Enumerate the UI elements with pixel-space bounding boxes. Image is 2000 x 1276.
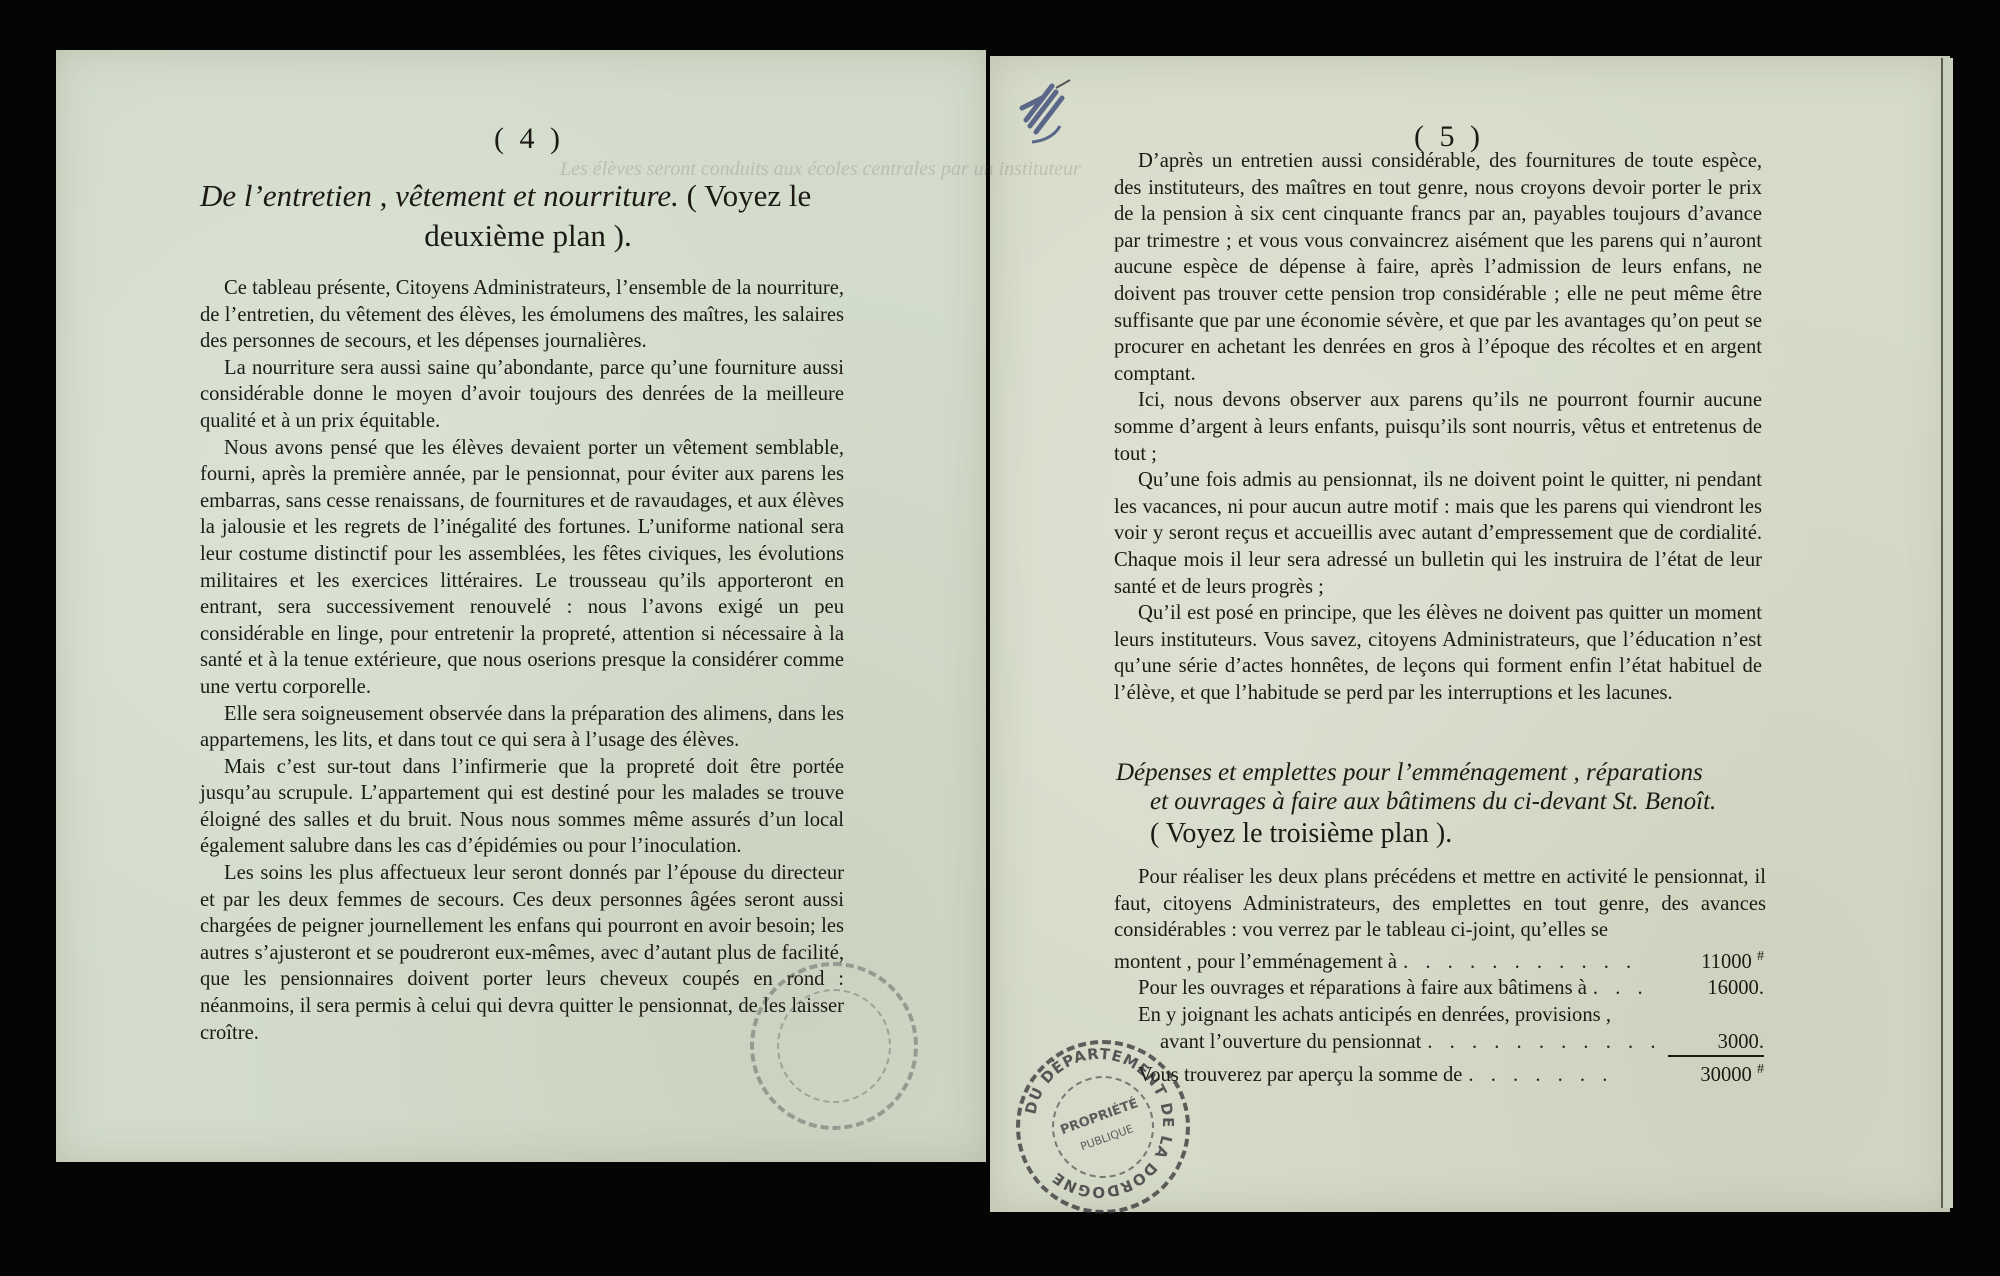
ledger-amount: 3000. (1668, 1029, 1764, 1058)
paragraph: Pour réaliser les deux plans précédens e… (1114, 864, 1766, 944)
paragraph: Les soins les plus affectueux leur seron… (200, 860, 844, 1046)
paragraph: Elle sera soigneusement observée dans la… (200, 701, 844, 754)
ledger-label: montent , pour l’emménagement à (1114, 949, 1397, 976)
livre-symbol: # (1757, 1062, 1764, 1077)
left-body: Ce tableau présente, Citoyens Administra… (200, 275, 844, 1046)
faint-stamp-left (750, 962, 918, 1130)
ledger-row-emmenagement: montent , pour l’emménagement à . . . . … (1114, 944, 1764, 975)
paragraph: Qu’il est posé en principe, que les élèv… (1114, 600, 1762, 706)
handwritten-mark-icon (1012, 78, 1072, 153)
ledger-dots: . . . (1593, 975, 1662, 1002)
ledger-row-achats: En y joignant les achats anticipés en de… (1114, 1002, 1764, 1029)
ledger-dots: . . . . . . . (1468, 1062, 1662, 1089)
ledger-amount: 16000. (1668, 975, 1764, 1002)
page-number-left: ( 4 ) (494, 122, 564, 156)
section-heading-line-1: Dépenses et emplettes pour l’emménagemen… (1116, 758, 1796, 787)
ledger-dots: . . . . . . . . . . . (1403, 949, 1662, 976)
section-heading-line-3: ( Voyez le troisième plan ). (1116, 816, 1796, 852)
paragraph: Nous avons pensé que les élèves devaient… (200, 435, 844, 701)
right-body: D’après un entretien aussi considérable,… (1114, 148, 1762, 706)
livre-symbol: # (1757, 949, 1764, 964)
paragraph: Ici, nous devons observer aux parens qu’… (1114, 387, 1762, 467)
ledger-amount: 11000 # (1668, 944, 1764, 975)
ledger-row-reparations: Pour les ouvrages et réparations à faire… (1114, 975, 1764, 1002)
paragraph: D’après un entretien aussi considérable,… (1114, 148, 1762, 387)
paragraph: Qu’une fois admis au pensionnat, ils ne … (1114, 467, 1762, 600)
paragraph: La nourriture sera aussi saine qu’abonda… (200, 355, 844, 435)
page-edge (1941, 58, 1953, 1208)
ledger-label: Pour les ouvrages et réparations à faire… (1138, 975, 1587, 1002)
paragraph: Ce tableau présente, Citoyens Administra… (200, 275, 844, 355)
ledger-label: Vous trouverez par aperçu la somme de (1138, 1062, 1462, 1089)
intro-paragraph: Pour réaliser les deux plans précédens e… (1114, 864, 1766, 944)
paragraph: Mais c’est sur-tout dans l’infirmerie qu… (200, 754, 844, 860)
ledger-label: En y joignant les achats anticipés en de… (1138, 1002, 1611, 1029)
ledger-label: avant l’ouverture du pensionnat (1160, 1029, 1421, 1056)
left-heading: De l’entretien , vêtement et nourriture.… (200, 176, 856, 256)
department-stamp: DU DÉPARTEMENT DE LA DORDOGNE PROPRIÉTÉ … (1016, 1040, 1190, 1214)
ledger-row-total: Vous trouverez par aperçu la somme de . … (1114, 1057, 1764, 1088)
ledger-dots: . . . . . . . . . . . (1427, 1029, 1662, 1056)
heading-roman: ( Voyez le (679, 178, 811, 213)
heading-italic: De l’entretien , vêtement et nourriture. (200, 178, 679, 213)
section-heading-line-2: et ouvrages à faire aux bâtimens du ci-d… (1116, 787, 1796, 816)
ledger-total: 30000 # (1668, 1057, 1764, 1088)
section-heading: Dépenses et emplettes pour l’emménagemen… (1116, 758, 1796, 852)
heading-line-2: deuxième plan ). (200, 216, 856, 256)
amount-value: 11000 (1701, 951, 1752, 973)
amount-value: 30000 (1700, 1064, 1751, 1086)
expense-ledger: montent , pour l’emménagement à . . . . … (1114, 944, 1764, 1089)
ledger-row-ouverture: avant l’ouverture du pensionnat . . . . … (1114, 1029, 1764, 1058)
